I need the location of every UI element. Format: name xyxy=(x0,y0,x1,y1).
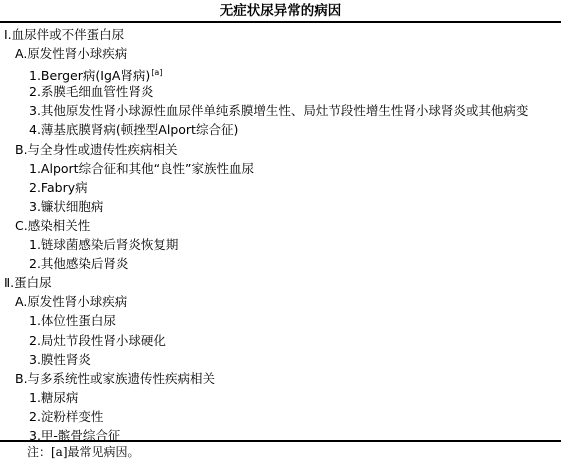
list-item: 1.链球菌感染后肾炎恢复期 xyxy=(0,235,561,254)
group-heading: C.感染相关性 xyxy=(0,216,561,235)
table-title: 无症状尿异常的病因 xyxy=(0,2,561,20)
list-item: 2.局灶节段性肾小球硬化 xyxy=(0,331,561,350)
group-heading: A.原发性肾小球疾病 xyxy=(0,292,561,311)
list-item: 1.Berger病(IgA肾病)[a] xyxy=(0,63,561,82)
table-page: 无症状尿异常的病因 Ⅰ.血尿伴或不伴蛋白尿 A.原发性肾小球疾病 1.Berge… xyxy=(0,0,561,462)
group-heading: B.与多系统性或家族遗传性疾病相关 xyxy=(0,369,561,388)
list-item: 3.膜性肾炎 xyxy=(0,350,561,369)
list-item: 1.体位性蛋白尿 xyxy=(0,311,561,330)
footnote-marker: [a] xyxy=(151,68,162,77)
list-item: 1.糖尿病 xyxy=(0,388,561,407)
top-rule xyxy=(0,21,561,23)
list-item: 2.系膜毛细血管性肾炎 xyxy=(0,82,561,101)
group-heading: B.与全身性或遗传性疾病相关 xyxy=(0,140,561,159)
list-item: 2.淀粉样变性 xyxy=(0,407,561,426)
list-item: 1.Alport综合征和其他“良性”家族性血尿 xyxy=(0,159,561,178)
group-heading: A.原发性肾小球疾病 xyxy=(0,44,561,63)
list-item: 2.其他感染后肾炎 xyxy=(0,254,561,273)
list-item: 4.薄基底膜肾病(顿挫型Alport综合征) xyxy=(0,120,561,139)
bottom-rule xyxy=(0,440,561,442)
table-footnote: 注：[a]最常见病因。 xyxy=(27,443,140,461)
list-item: 3.镰状细胞病 xyxy=(0,197,561,216)
list-item: 2.Fabry病 xyxy=(0,178,561,197)
section-heading: Ⅱ.蛋白尿 xyxy=(0,273,561,292)
list-item: 3.其他原发性肾小球源性血尿伴单纯系膜增生性、局灶节段性增生性肾小球肾炎或其他病… xyxy=(0,101,561,120)
cause-list: Ⅰ.血尿伴或不伴蛋白尿 A.原发性肾小球疾病 1.Berger病(IgA肾病)[… xyxy=(0,25,561,445)
item-text: 1.Berger病(IgA肾病) xyxy=(29,68,150,83)
section-heading: Ⅰ.血尿伴或不伴蛋白尿 xyxy=(0,25,561,44)
